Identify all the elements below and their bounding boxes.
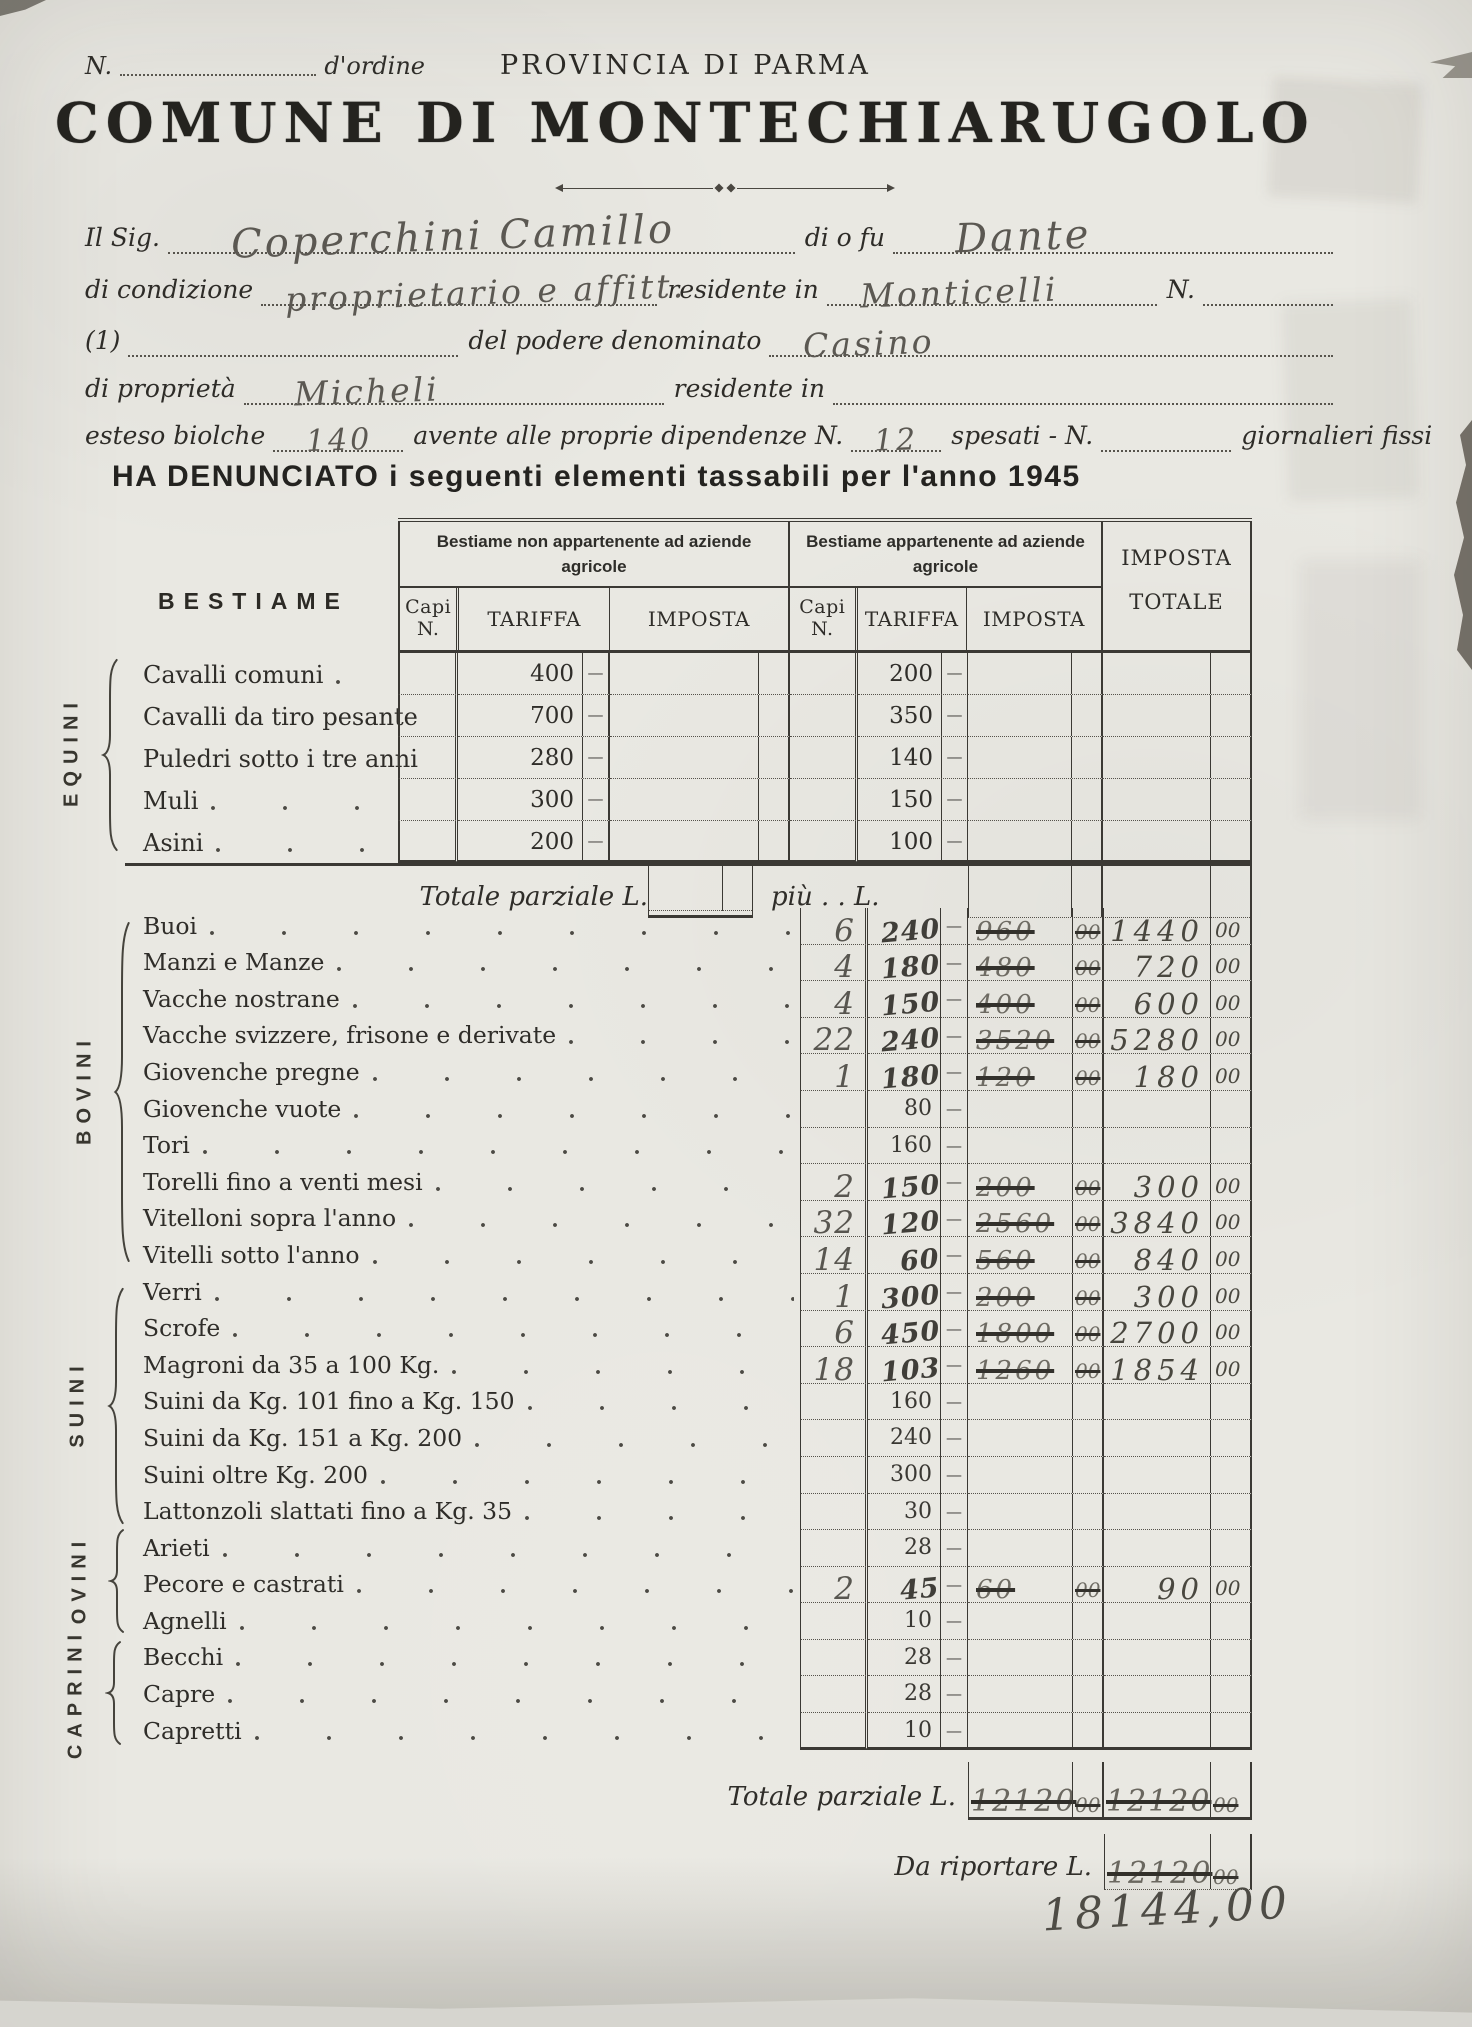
cent-dash: — xyxy=(941,821,967,860)
cent-dash: — xyxy=(940,908,968,945)
row-label: Manzi e Manze xyxy=(143,948,324,976)
imposta-totale-cell xyxy=(1104,1713,1252,1750)
totale-handwritten-cents: 00 xyxy=(1215,918,1240,942)
tariffa-printed xyxy=(868,1274,940,1279)
da-riportare-row: Da riportare L. 12120 00 xyxy=(125,1834,1252,1890)
capi-cell xyxy=(398,737,458,779)
capi-cell xyxy=(800,1530,868,1567)
row-label: Vacche nostrane xyxy=(143,985,340,1013)
capi-cell: 1 xyxy=(800,1274,868,1311)
imposta-totale-cell: 2700 00 xyxy=(1104,1311,1252,1348)
imposta-cell: 3520 00 xyxy=(968,1018,1104,1055)
capi-cell xyxy=(800,1128,868,1165)
row-label: Buoi xyxy=(143,912,197,940)
biolche-handwritten-value: 140 xyxy=(305,422,372,459)
row-label: Agnelli xyxy=(143,1607,227,1635)
group-label-caprini: CAPRINI xyxy=(65,1594,88,1794)
totale-handwritten-cents: 00 xyxy=(1215,1320,1240,1344)
cent-dash: — xyxy=(582,695,608,736)
imposta-total-struck-cents: 00 xyxy=(1075,1793,1100,1817)
imposta-totale-cell: 300 00 xyxy=(1104,1164,1252,1201)
imposta-struck-value: 2560 xyxy=(976,1209,1054,1239)
table-row: Torelli fino a venti mesi 2 150 — 200 00 xyxy=(125,1164,1252,1201)
tariffa-printed xyxy=(868,1237,940,1242)
group1-imposta-header: IMPOSTA xyxy=(610,588,788,650)
row-label: Giovenche pregne xyxy=(143,1058,360,1086)
capi-cell: 1 xyxy=(800,1054,868,1091)
imposta-cell xyxy=(968,1713,1104,1750)
imposta-struck-value: 60 xyxy=(976,1575,1015,1605)
totale-parziale-label: Totale parziale L. xyxy=(125,1782,968,1820)
totale-handwritten-cents: 00 xyxy=(1215,1576,1240,1600)
residente2-label: residente in xyxy=(664,374,833,405)
capi-cell xyxy=(790,779,858,821)
tariffa-cell: 300 — xyxy=(458,779,610,821)
imposta-struck-cents: 00 xyxy=(1075,1066,1100,1090)
tariffa-printed xyxy=(868,1311,940,1316)
capi-cell xyxy=(800,1420,868,1457)
tariffa-printed: 10 xyxy=(868,1603,940,1633)
imposta-totale-cell: 720 00 xyxy=(1104,945,1252,982)
proprieta-handwritten-value: Micheli xyxy=(293,369,440,413)
condizione-field: proprietario e affitt. xyxy=(261,268,657,306)
leader-dots xyxy=(232,1326,794,1338)
province-title: PROVINCIA DI PARMA xyxy=(500,50,871,81)
capi-handwritten: 14 xyxy=(814,1242,855,1278)
tariffa-printed xyxy=(868,1018,940,1023)
cent-dash: — xyxy=(941,737,967,778)
row-label: Capretti xyxy=(143,1717,242,1745)
leader-dots xyxy=(352,997,794,1009)
imposta-totale-cell: 1440 00 xyxy=(1104,908,1252,945)
biolche-label: esteso biolche xyxy=(85,421,273,452)
row-label: Asini xyxy=(143,829,203,857)
capi-handwritten: 6 xyxy=(834,913,855,949)
residente-field: Monticelli xyxy=(827,268,1157,306)
row-label: Puledri sotto i tre anni xyxy=(143,745,418,773)
imposta-struck-value: 1260 xyxy=(976,1356,1054,1386)
row-label: Cavalli da tiro pesante xyxy=(143,703,418,731)
sig-field: Coperchini Camillo xyxy=(168,216,795,254)
leader-dots xyxy=(474,1436,794,1448)
totale-handwritten-cents: 00 xyxy=(1215,1357,1240,1381)
row-label: Muli xyxy=(143,787,198,815)
tariffa-cell: 240 xyxy=(868,908,940,945)
imposta-struck-value: 480 xyxy=(976,953,1035,983)
imposta-totale-cell: 5280 00 xyxy=(1104,1018,1252,1055)
table-row: Muli 300 — 150 — xyxy=(125,779,1252,821)
tariffa-cell: 240 xyxy=(868,1018,940,1055)
imposta-totale-cell: 840 00 xyxy=(1104,1237,1252,1274)
caprini-brace xyxy=(105,1640,123,1746)
imposta-cell xyxy=(610,779,790,821)
capi-cell xyxy=(790,653,858,695)
totale-handwritten-cents: 00 xyxy=(1215,1027,1240,1051)
capi-cell: 2 xyxy=(800,1567,868,1604)
cent-dash: — xyxy=(940,1274,968,1311)
tariffa-printed: 28 xyxy=(868,1640,940,1670)
n-field xyxy=(1203,268,1333,306)
imposta-struck-value: 400 xyxy=(976,990,1035,1020)
tariffa-cell: 103 xyxy=(868,1347,940,1384)
capi-cell: 18 xyxy=(800,1347,868,1384)
capi-cell xyxy=(800,1494,868,1531)
capi-handwritten: 1 xyxy=(834,1279,855,1315)
ornament-divider xyxy=(555,183,895,193)
cent-dash: — xyxy=(940,981,968,1018)
cent-dash: — xyxy=(940,1237,968,1274)
table-row: Cavalli comuni 400 — 200 — xyxy=(125,653,1252,695)
leader-dots xyxy=(202,1143,794,1155)
totale-parziale-bottom-row: Totale parziale L. 12120 00 12120 00 xyxy=(125,1762,1252,1820)
leader-dots xyxy=(524,1509,794,1521)
tariffa-printed xyxy=(868,908,940,913)
tariffa-printed: 300 xyxy=(868,1457,940,1487)
form-line-podere: (1) del podere denominato Casino xyxy=(85,315,1333,357)
cent-dash: — xyxy=(582,653,608,694)
table-row: Vitelloni sopra l'anno 32 120 — 2560 00 xyxy=(125,1201,1252,1238)
tariffa-cell: 160 xyxy=(868,1128,940,1165)
imposta-total-cell: 12120 00 xyxy=(968,1762,1104,1820)
capi-cell xyxy=(800,1676,868,1713)
tariffa-cell: 140 — xyxy=(858,737,968,779)
leader-dots xyxy=(209,924,794,936)
cent-dash: — xyxy=(940,1384,968,1421)
tariffa-cell: 180 xyxy=(868,1054,940,1091)
tariffa-cell: 300 xyxy=(868,1457,940,1494)
capi-cell xyxy=(790,821,858,863)
suini-brace xyxy=(106,1284,126,1528)
cent-dash: — xyxy=(940,1603,968,1640)
imposta-cell xyxy=(968,1128,1104,1165)
tariffa-printed xyxy=(868,945,940,950)
tariffa-cell: 10 xyxy=(868,1713,940,1750)
capi-handwritten: 2 xyxy=(834,1169,855,1205)
totale-handwritten-value: 300 xyxy=(1134,1170,1204,1204)
imposta-cell xyxy=(968,695,1103,737)
table-row: Pecore e castrati 2 45 — 60 00 xyxy=(125,1567,1252,1604)
row-label: Torelli fino a venti mesi xyxy=(143,1168,423,1196)
imposta-totale-cell xyxy=(1104,1091,1252,1128)
imposta-cell xyxy=(968,1603,1104,1640)
imposta-totale-cell: 600 00 xyxy=(1104,981,1252,1018)
group2-imposta-header: IMPOSTA xyxy=(967,588,1101,650)
cent-dash: — xyxy=(940,1457,968,1494)
tariffa-cell: 30 xyxy=(868,1494,940,1531)
imposta-totale-cell xyxy=(1104,1457,1252,1494)
imposta-totale-cell xyxy=(1103,653,1252,695)
imposta-totale-cell xyxy=(1104,1640,1252,1677)
capi-handwritten: 2 xyxy=(834,1571,855,1607)
imposta-cell xyxy=(968,1676,1104,1713)
proprieta-field: Micheli xyxy=(244,367,664,405)
group-label-bovini: BOVINI xyxy=(74,990,97,1190)
imposta-struck-cents: 00 xyxy=(1075,1359,1100,1383)
da-riportare-label: Da riportare L. xyxy=(125,1852,1104,1890)
imposta-cell xyxy=(610,653,790,695)
table-row: Giovenche vuote 80 — xyxy=(125,1091,1252,1128)
tariffa-printed xyxy=(868,1164,940,1169)
imposta-cell: 2560 00 xyxy=(968,1201,1104,1238)
capi-handwritten: 18 xyxy=(814,1352,855,1388)
cent-dash: — xyxy=(940,1201,968,1238)
imposta-struck-value: 960 xyxy=(976,917,1035,947)
cent-dash: — xyxy=(940,1640,968,1677)
capi-handwritten: 32 xyxy=(814,1205,855,1241)
totale-handwritten-cents: 00 xyxy=(1215,1064,1240,1088)
imposta-cell xyxy=(610,695,790,737)
order-no-label: N. xyxy=(85,52,112,80)
imposta-totale-cell xyxy=(1104,1603,1252,1640)
imposta-struck-value: 1800 xyxy=(976,1319,1054,1349)
sig-label: Il Sig. xyxy=(85,223,168,254)
row-label: Vitelli sotto l'anno xyxy=(143,1241,360,1269)
order-label: d'ordine xyxy=(324,52,425,80)
capi-cell: 6 xyxy=(800,1311,868,1348)
imposta-cell xyxy=(968,653,1103,695)
imposta-cell: 960 00 xyxy=(968,908,1104,945)
imposta-totale-cell xyxy=(1104,1676,1252,1713)
ornament-arrow-right xyxy=(887,184,895,192)
row-label: Suini da Kg. 151 a Kg. 200 xyxy=(143,1424,462,1452)
tariffa-cell: 200 — xyxy=(458,821,610,863)
tariffa-cell: 240 xyxy=(868,1420,940,1457)
table-row: Vitelli sotto l'anno 14 60 — 560 00 xyxy=(125,1237,1252,1274)
imposta-cell xyxy=(610,737,790,779)
capi-handwritten: 6 xyxy=(834,1315,855,1351)
row-label: Lattonzoli slattati fino a Kg. 35 xyxy=(143,1497,512,1525)
tariffa-cell: 60 xyxy=(868,1237,940,1274)
tariffa-cell: 450 xyxy=(868,1311,940,1348)
totale-total-cell: 12120 00 xyxy=(1104,1762,1252,1820)
imposta-cell: 560 00 xyxy=(968,1237,1104,1274)
group-label-equini: EQUINI xyxy=(61,652,84,852)
imposta-totale-cell xyxy=(1104,1420,1252,1457)
leader-dots xyxy=(353,1107,794,1119)
table-row: Suini da Kg. 101 fino a Kg. 150 160 — xyxy=(125,1384,1252,1421)
tariffa-printed: 10 xyxy=(868,1713,940,1743)
row-label: Vacche svizzere, frisone e derivate xyxy=(143,1021,556,1049)
tariffa-cell: 28 xyxy=(868,1640,940,1677)
totale-handwritten-value: 90 xyxy=(1157,1572,1204,1606)
imposta-cell xyxy=(968,1091,1104,1128)
main-rows: Buoi 6 240 — 960 00 1440 xyxy=(125,908,1252,1750)
proprieta-label: di proprietà xyxy=(85,374,244,405)
imposta-struck-cents: 00 xyxy=(1075,1029,1100,1053)
totale-handwritten-value: 5280 xyxy=(1110,1023,1204,1057)
capi-cell xyxy=(800,1457,868,1494)
group1-capi-header: Capi N. xyxy=(400,588,459,650)
table-row: Giovenche pregne 1 180 — 120 00 xyxy=(125,1054,1252,1091)
table-row: Vacche svizzere, frisone e derivate 22 2… xyxy=(125,1018,1252,1055)
form-line-condizione: di condizione proprietario e affitt. res… xyxy=(85,264,1333,306)
bovini-brace xyxy=(112,916,132,1268)
dotted-blank xyxy=(120,74,316,76)
biolche-field: 140 xyxy=(273,414,403,452)
imposta-cell: 200 00 xyxy=(968,1274,1104,1311)
table-row: Suini da Kg. 151 a Kg. 200 240 — xyxy=(125,1420,1252,1457)
imposta-cell xyxy=(968,1384,1104,1421)
di-o-fu-handwritten-value: Dante xyxy=(954,212,1092,263)
form-line-proprieta: di proprietà Micheli residente in xyxy=(85,363,1333,405)
capi-cell: 14 xyxy=(800,1237,868,1274)
livestock-table-header-section: Bestiame non appartenente ad aziende agr… xyxy=(125,518,1252,918)
tariffa-cell: 400 — xyxy=(458,653,610,695)
cent-dash: — xyxy=(940,1567,968,1604)
tariffa-printed: 28 xyxy=(868,1530,940,1560)
table-row: Manzi e Manze 4 180 — 480 00 xyxy=(125,945,1252,982)
nota-field xyxy=(128,319,458,357)
leader-dots xyxy=(239,1619,794,1631)
cent-dash: — xyxy=(940,1530,968,1567)
imposta-struck-cents: 00 xyxy=(1075,1249,1100,1273)
cent-dash: — xyxy=(582,821,608,860)
row-label: Magroni da 35 a 100 Kg. xyxy=(143,1351,439,1379)
equini-rows: Cavalli comuni 400 — 200 — xyxy=(125,653,1252,866)
totale-handwritten-cents: 00 xyxy=(1215,1174,1240,1198)
table-row: Magroni da 35 a 100 Kg. 18 103 — 1260 00 xyxy=(125,1347,1252,1384)
ornament-arrow-left xyxy=(555,184,563,192)
imposta-totale-cell xyxy=(1103,695,1252,737)
row-label: Vitelloni sopra l'anno xyxy=(143,1204,396,1232)
table-row: Puledri sotto i tre anni 280 — 140 — xyxy=(125,737,1252,779)
imposta-struck-cents: 00 xyxy=(1075,1286,1100,1310)
imposta-cell: 1800 00 xyxy=(968,1311,1104,1348)
tariffa-cell: 300 xyxy=(868,1274,940,1311)
giornalieri-label: giornalieri fissi xyxy=(1231,421,1440,452)
leader-dots xyxy=(235,1655,794,1667)
capi-cell: 22 xyxy=(800,1018,868,1055)
tariffa-printed: 240 xyxy=(868,1420,940,1450)
di-o-fu-label: di o fu xyxy=(795,223,893,254)
imposta-totale-cell xyxy=(1104,1384,1252,1421)
table-row: Buoi 6 240 — 960 00 1440 xyxy=(125,908,1252,945)
tariffa-printed xyxy=(868,1201,940,1206)
imposta-cell: 120 00 xyxy=(968,1054,1104,1091)
form-line-biolche: esteso biolche 140 avente alle proprie d… xyxy=(85,410,1333,452)
declaration-heading: HA DENUNCIATO i seguenti elementi tassab… xyxy=(112,460,1292,494)
leader-dots xyxy=(527,1399,794,1411)
imposta-total-struck: 12120 xyxy=(971,1784,1076,1819)
group2-header-box: Bestiame appartenente ad aziende agricol… xyxy=(790,522,1103,653)
totale-total-struck: 12120 xyxy=(1106,1784,1211,1819)
cent-dash: — xyxy=(940,945,968,982)
capi-handwritten: 4 xyxy=(834,949,855,985)
imposta-totale-cell xyxy=(1104,1128,1252,1165)
tariffa-printed: 28 xyxy=(868,1676,940,1706)
leader-dots xyxy=(380,1473,794,1485)
equini-brace xyxy=(100,656,120,854)
dipendenze-handwritten-value: 12 xyxy=(873,422,918,459)
imposta-struck-value: 200 xyxy=(976,1283,1035,1313)
group2-header: Bestiame appartenente ad aziende agricol… xyxy=(790,522,1101,588)
imposta-struck-cents: 00 xyxy=(1075,1176,1100,1200)
imposta-cell: 1260 00 xyxy=(968,1347,1104,1384)
podere-field: Casino xyxy=(769,319,1333,357)
cent-dash: — xyxy=(940,1128,968,1165)
cent-dash: — xyxy=(940,1164,968,1201)
table-row: Suini oltre Kg. 200 300 — xyxy=(125,1457,1252,1494)
totale-handwritten-cents: 00 xyxy=(1215,1247,1240,1271)
capi-cell: 4 xyxy=(800,945,868,982)
capi-handwritten: 22 xyxy=(814,1022,855,1058)
row-label: Capre xyxy=(143,1680,215,1708)
tariffa-printed xyxy=(868,1567,940,1572)
cent-dash: — xyxy=(941,779,967,820)
cent-dash: — xyxy=(941,653,967,694)
group-label-suini: SUINI xyxy=(67,1304,90,1504)
group1-header: Bestiame non appartenente ad aziende agr… xyxy=(400,522,788,588)
totale-handwritten-value: 2700 xyxy=(1110,1316,1204,1350)
imposta-cell xyxy=(968,779,1103,821)
imposta-totale-cell: 90 00 xyxy=(1104,1567,1252,1604)
imposta-totale-header: IMPOSTA TOTALE xyxy=(1103,522,1252,653)
tariffa-handwritten: 60 xyxy=(899,1243,941,1277)
spesati-field xyxy=(1101,414,1231,452)
tariffa-printed: 30 xyxy=(868,1494,940,1524)
capi-cell xyxy=(800,1640,868,1677)
ovini-brace xyxy=(108,1528,126,1634)
leader-dots xyxy=(372,1070,794,1082)
imposta-cell xyxy=(968,1457,1104,1494)
tariffa-cell: 28 xyxy=(868,1530,940,1567)
leader-dots xyxy=(215,841,392,853)
dipendenze-field: 12 xyxy=(851,414,941,452)
totale-handwritten-cents: 00 xyxy=(1215,1210,1240,1234)
imposta-cell xyxy=(968,1530,1104,1567)
capi-cell: 6 xyxy=(800,908,868,945)
totale-handwritten-value: 3840 xyxy=(1110,1206,1204,1240)
imposta-struck-cents: 00 xyxy=(1075,1212,1100,1236)
group1-tariffa-header: TARIFFA xyxy=(459,588,609,650)
cent-dash: — xyxy=(940,1091,968,1128)
table-row: Capretti 10 — xyxy=(125,1713,1252,1750)
tariffa-printed: 160 xyxy=(868,1128,940,1158)
capi-cell: 4 xyxy=(800,981,868,1018)
cent-dash: — xyxy=(940,1676,968,1713)
leader-dots xyxy=(214,1290,794,1302)
cent-dash: — xyxy=(582,737,608,778)
group2-capi-header: Capi N. xyxy=(790,588,858,650)
tariffa-printed: 80 xyxy=(868,1091,940,1121)
capi-cell: 2 xyxy=(800,1164,868,1201)
tariffa-cell: 200 — xyxy=(858,653,968,695)
totale-handwritten-value: 840 xyxy=(1134,1243,1204,1277)
n-label: N. xyxy=(1157,275,1203,306)
capi-cell xyxy=(800,1713,868,1750)
imposta-totale-cell xyxy=(1103,821,1252,863)
totale-handwritten-cents: 00 xyxy=(1215,954,1240,978)
capi-cell xyxy=(800,1091,868,1128)
imposta-totale-cell xyxy=(1103,779,1252,821)
cent-dash: — xyxy=(940,1420,968,1457)
tariffa-cell: 150 xyxy=(868,1164,940,1201)
table-row: Verri 1 300 — 200 00 300 xyxy=(125,1274,1252,1311)
capi-handwritten: 1 xyxy=(834,1059,855,1095)
order-number-line: N. d'ordine xyxy=(85,52,425,80)
totale-handwritten-value: 180 xyxy=(1134,1060,1204,1094)
row-label: Tori xyxy=(143,1131,190,1159)
tariffa-printed xyxy=(868,1347,940,1352)
cent-dash: — xyxy=(940,1713,968,1750)
row-label: Pecore e castrati xyxy=(143,1570,344,1598)
di-o-fu-field: Dante xyxy=(893,216,1333,254)
imposta-totale-cell: 300 00 xyxy=(1104,1274,1252,1311)
cent-dash: — xyxy=(940,1494,968,1531)
capi-cell xyxy=(800,1603,868,1640)
imposta-cell: 200 00 xyxy=(968,1164,1104,1201)
totale-handwritten-value: 600 xyxy=(1134,987,1204,1021)
